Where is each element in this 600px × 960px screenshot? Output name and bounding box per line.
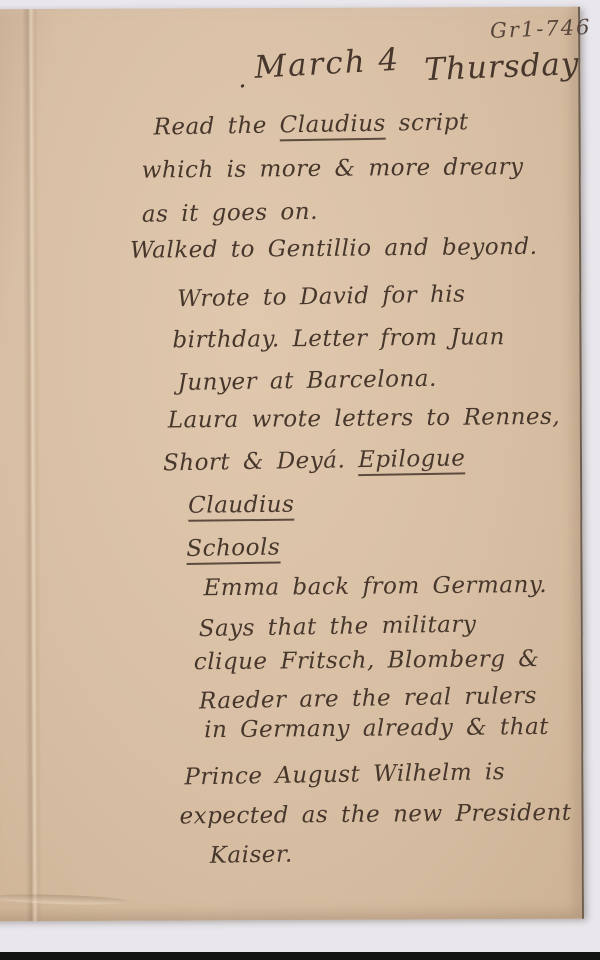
entry-date: March 4 (253, 42, 401, 86)
line-text: Read the (153, 112, 280, 140)
line-text: Laura wrote letters to Rennes, (168, 404, 561, 434)
heading-dot: . (238, 64, 246, 94)
underlined-word: Schools (186, 534, 280, 565)
diary-line: as it goes on. (142, 199, 318, 228)
diary-line: Laura wrote letters to Rennes, (168, 404, 561, 434)
diary-line: Raeder are the real rulers (199, 683, 537, 715)
scanner-background: Gr1-746 . March 4 Thursday Read the Clau… (0, 0, 600, 960)
line-text: birthday. Letter from Juan (172, 324, 505, 353)
line-text: Wrote to David for his (177, 281, 466, 312)
underlined-word: Claudius (279, 111, 386, 142)
underlined-word: Epilogue (358, 445, 466, 476)
diary-line: expected as the new President (179, 800, 571, 830)
entry-weekday: Thursday (424, 46, 580, 88)
line-text: Kaiser. (209, 841, 292, 868)
diary-line: Prince August Wilhelm is (184, 759, 505, 790)
diary-line: in Germany already & that (204, 714, 549, 743)
archive-mark: Gr1-746 (490, 15, 592, 43)
diary-line: birthday. Letter from Juan (172, 324, 505, 353)
underlined-word: Claudius (188, 492, 294, 522)
bottom-corner-crease (0, 893, 130, 906)
line-text: as it goes on. (142, 199, 318, 228)
line-text: script (386, 109, 469, 136)
line-text: Short & Deyá. (163, 447, 359, 476)
line-text: Walked to Gentillio and beyond. (130, 234, 538, 264)
line-text: clique Fritsch, Blomberg & (194, 646, 540, 675)
line-text: Says that the military (199, 611, 477, 642)
entry-heading: . March 4 Thursday (0, 7, 578, 10)
page-fold-crease (22, 9, 42, 921)
diary-line: Walked to Gentillio and beyond. (130, 234, 538, 264)
scan-edge-bar (0, 952, 600, 960)
line-text: which is more & more dreary (142, 154, 524, 184)
line-text: expected as the new President (179, 800, 571, 830)
diary-line: Short & Deyá. Epilogue (163, 445, 466, 476)
diary-line: Claudius (188, 492, 294, 519)
diary-page: Gr1-746 . March 4 Thursday Read the Clau… (0, 7, 584, 922)
diary-line: Read the Claudius script (153, 109, 469, 140)
line-text: Junyer at Barcelona. (177, 366, 437, 396)
diary-line: Says that the military (199, 611, 477, 642)
line-text: in Germany already & that (204, 714, 549, 743)
diary-line: Kaiser. (209, 841, 292, 868)
diary-line: clique Fritsch, Blomberg & (194, 646, 540, 675)
diary-line: Schools (186, 534, 280, 562)
diary-line: Emma back from Germany. (203, 572, 547, 601)
line-text: Prince August Wilhelm is (184, 759, 505, 790)
diary-line: which is more & more dreary (142, 154, 524, 184)
diary-line: Junyer at Barcelona. (177, 366, 437, 396)
line-text: Raeder are the real rulers (199, 683, 537, 715)
line-text: Emma back from Germany. (203, 572, 547, 601)
diary-line: Wrote to David for his (177, 281, 466, 312)
